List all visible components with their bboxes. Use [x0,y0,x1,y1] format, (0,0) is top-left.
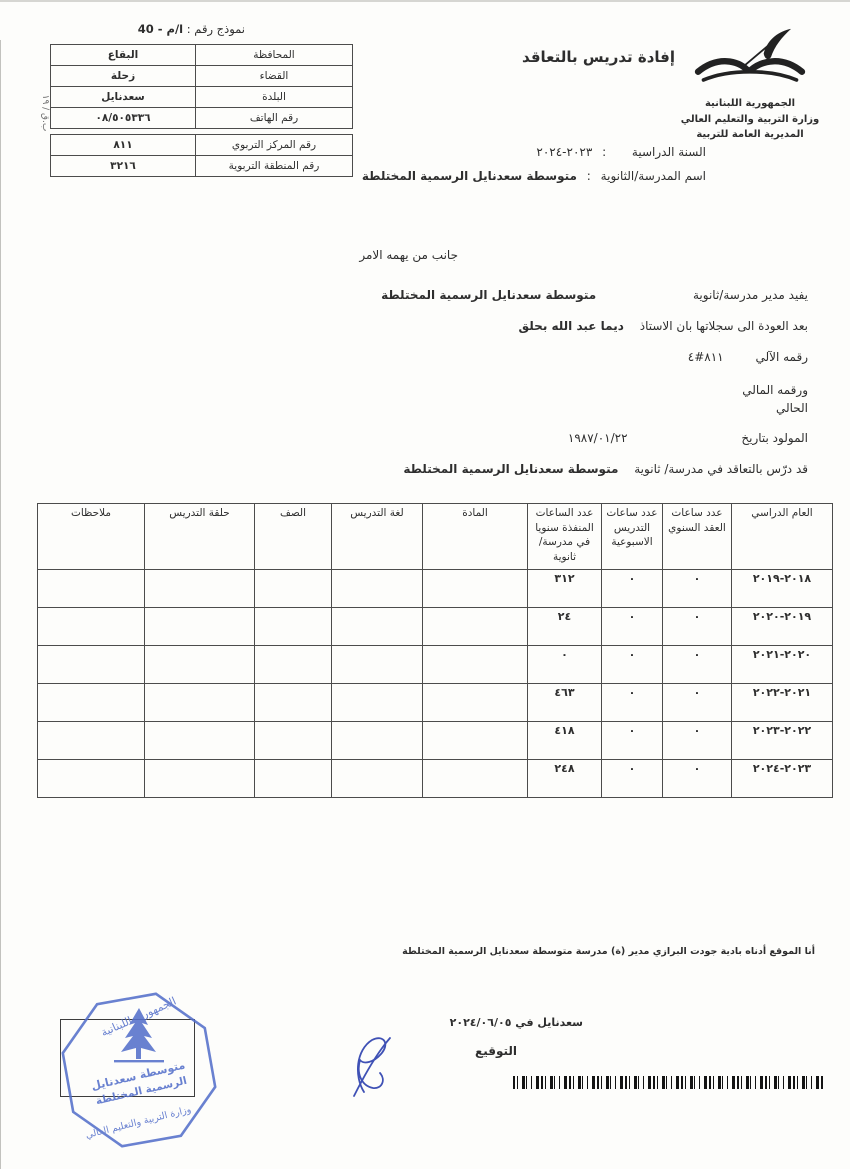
taught-line: قد درّس بالتعاقد في مدرسة/ ثانوية متوسطة… [88,462,808,476]
info-label: القضاء [196,66,353,87]
info-label: رقم المنطقة التربوية [196,156,353,177]
republic-name: الجمهورية اللبنانية [680,96,820,112]
cell-cycle [145,608,255,646]
cell-annual: ٠ [663,684,732,722]
cell-year: ٢٠١٨-٢٠١٩ [732,570,833,608]
form-number: نموذج رقم : ا/م - 40 [138,22,245,36]
automated-number-label: رقمه الآلي [755,350,808,364]
cell-year: ٢٠٢٢-٢٠٢٣ [732,722,833,760]
cell-language [332,722,423,760]
info-label: البلدة [196,87,353,108]
birthdate-value: ١٩٨٧/٠١/٢٢ [568,431,628,445]
cell-weekly: ٠ [602,760,663,798]
location-info-tables: المحافظة البقاع القضاء زحلة البلدة سعدنا… [63,44,353,177]
school-stamp: الجمهورية اللبنانية متوسطة سعدنايل الرسم… [44,982,234,1162]
cell-grade [255,646,332,684]
table-row: المحافظة البقاع [51,45,353,66]
cell-executed: ٣١٢ [528,570,602,608]
statement-label: يفيد مدير مدرسة/ثانوية [612,288,808,302]
cell-annual: ٠ [663,570,732,608]
cell-language [332,684,423,722]
scanned-document-page: ب.ق / ١٩ نموذج رقم : ا/م - 40 المحافظة ا… [0,0,850,1169]
cell-weekly: ٠ [602,722,663,760]
col-header-language: لغة التدريس [332,504,423,570]
cell-cycle [145,722,255,760]
info-value: سعدنايل [51,87,196,108]
col-header-executed-hours: عدد الساعات المنفذة سنويا في مدرسة/ثانوي… [528,504,602,570]
table-row: رقم الهاتف ٠٨/٥٠٥٣٣٦ [51,108,353,129]
automated-number-line: رقمه الآلي ٨١١#٤ [88,350,808,364]
table-row: ٢٠٢٢-٢٠٢٣ ٠ ٠ ٤١٨ [38,722,833,760]
ministry-header: الجمهورية اللبنانية وزارة التربية والتعل… [680,28,820,143]
side-reference-note: ب.ق / ١٩ [40,78,50,148]
scan-edge-top [0,0,850,2]
cell-executed: ٢٤ [528,608,602,646]
cell-notes [38,646,145,684]
info-value: البقاع [51,45,196,66]
bird-icon [764,29,791,59]
col-header-notes: ملاحظات [38,504,145,570]
cell-notes [38,570,145,608]
cell-cycle [145,570,255,608]
cell-grade [255,722,332,760]
cell-notes [38,760,145,798]
cell-subject [423,646,528,684]
cell-subject [423,722,528,760]
form-number-label: نموذج رقم : [187,22,245,36]
school-name-label: اسم المدرسة/الثانوية [601,164,706,188]
academic-year-line: السنة الدراسية : ٢٠٢٣-٢٠٢٤ [362,140,706,164]
ministry-logo-icon [690,28,810,90]
table-row: ٢٠٢٠-٢٠٢١ ٠ ٠ ٠ [38,646,833,684]
taught-school-value: متوسطة سعدنايل الرسمية المختلطة [403,462,618,476]
cell-cycle [145,760,255,798]
financial-number-label-2: الحالي [88,399,808,417]
taught-label: قد درّس بالتعاقد في مدرسة/ ثانوية [634,462,808,476]
table-row: رقم المركز التربوي ٨١١ [51,135,353,156]
info-value: ٠٨/٥٠٥٣٣٦ [51,108,196,129]
certificate-body: يفيد مدير مدرسة/ثانوية متوسطة سعدنايل ال… [88,288,808,493]
table-row: ٢٠١٩-٢٠٢٠ ٠ ٠ ٢٤ [38,608,833,646]
cell-weekly: ٠ [602,608,663,646]
table-header-row: العام الدراسي عدد ساعات العقد السنوي عدد… [38,504,833,570]
cell-annual: ٠ [663,760,732,798]
cell-annual: ٠ [663,722,732,760]
cell-language [332,760,423,798]
cedar-base-line [114,1060,164,1062]
table-row: ٢٠٢١-٢٠٢٢ ٠ ٠ ٤٦٣ [38,684,833,722]
academic-year-label: السنة الدراسية [616,140,706,164]
cell-cycle [145,646,255,684]
col-header-weekly-teaching-hours: عدد ساعات التدريس الاسبوعية [602,504,663,570]
academic-year-value: ٢٠٢٣-٢٠٢٤ [536,145,592,159]
info-value: ٨١١ [51,135,196,156]
school-name-value: متوسطة سعدنايل الرسمية المختلطة [362,169,577,183]
education-numbers-table: رقم المركز التربوي ٨١١ رقم المنطقة الترب… [50,134,353,177]
cell-executed: ٤١٨ [528,722,602,760]
cell-subject [423,760,528,798]
colon: : [587,169,591,183]
attention-line: جانب من يهمه الامر [359,248,458,262]
ministry-name: وزارة التربية والتعليم العالي [680,112,820,128]
cell-grade [255,570,332,608]
cell-notes [38,608,145,646]
cell-annual: ٠ [663,646,732,684]
table-row: رقم المنطقة التربوية ٣٢١٦ [51,156,353,177]
table-row: البلدة سعدنايل [51,87,353,108]
cell-subject [423,608,528,646]
birthdate-line: المولود بتاريخ ١٩٨٧/٠١/٢٢ [88,431,808,445]
barcode [513,1076,825,1089]
cell-weekly: ٠ [602,646,663,684]
info-label: رقم الهاتف [196,108,353,129]
teacher-name: ديما عبد الله بحلق [518,319,623,333]
cell-grade [255,760,332,798]
cell-subject [423,684,528,722]
col-header-year: العام الدراسي [732,504,833,570]
cell-weekly: ٠ [602,684,663,722]
cell-executed: ٤٦٣ [528,684,602,722]
statement-school-value: متوسطة سعدنايل الرسمية المختلطة [381,288,596,302]
principal-statement-line: يفيد مدير مدرسة/ثانوية متوسطة سعدنايل ال… [88,288,808,302]
colon: : [602,145,606,159]
financial-number-label: ورقمه المالي [88,381,808,399]
records-label: بعد العودة الى سجلاتها بان الاستاذ [640,319,808,333]
table-row: ٢٠٢٣-٢٠٢٤ ٠ ٠ ٢٤٨ [38,760,833,798]
info-value: زحلة [51,66,196,87]
records-line: بعد العودة الى سجلاتها بان الاستاذ ديما … [88,319,808,333]
info-label: رقم المركز التربوي [196,135,353,156]
cell-year: ٢٠٢٠-٢٠٢١ [732,646,833,684]
automated-number-value: ٨١١#٤ [688,350,724,364]
document-title: إفادة تدريس بالتعاقد [522,48,675,66]
col-header-annual-contract-hours: عدد ساعات العقد السنوي [663,504,732,570]
school-meta: السنة الدراسية : ٢٠٢٣-٢٠٢٤ اسم المدرسة/ا… [362,140,706,188]
scan-edge-left [0,40,1,1169]
col-header-grade: الصف [255,504,332,570]
table-row: ٢٠١٨-٢٠١٩ ٠ ٠ ٣١٢ [38,570,833,608]
col-header-cycle: حلقة التدريس [145,504,255,570]
birthdate-label: المولود بتاريخ [741,431,808,445]
cell-language [332,570,423,608]
cell-year: ٢٠٢١-٢٠٢٢ [732,684,833,722]
cell-grade [255,684,332,722]
cell-weekly: ٠ [602,570,663,608]
principal-signature [346,1030,402,1100]
table-row: القضاء زحلة [51,66,353,87]
info-value: ٣٢١٦ [51,156,196,177]
cell-year: ٢٠١٩-٢٠٢٠ [732,608,833,646]
col-header-subject: المادة [423,504,528,570]
cell-executed: ٠ [528,646,602,684]
place-and-date: سعدنايل في ٢٠٢٤/٠٦/٠٥ [450,1016,583,1029]
info-label: المحافظة [196,45,353,66]
school-name-line: اسم المدرسة/الثانوية : متوسطة سعدنايل ال… [362,164,706,188]
cell-language [332,646,423,684]
cell-language [332,608,423,646]
financial-number-line: ورقمه المالي الحالي [88,381,808,417]
principal-declaration: أنا الموقع أدناه بادية جودت البرازي مدير… [402,946,815,957]
location-info-table: المحافظة البقاع القضاء زحلة البلدة سعدنا… [50,44,353,129]
teaching-record-table: العام الدراسي عدد ساعات العقد السنوي عدد… [37,503,833,798]
cell-annual: ٠ [663,608,732,646]
cell-executed: ٢٤٨ [528,760,602,798]
signature-label: التوقيع [475,1044,517,1058]
cell-subject [423,570,528,608]
cell-year: ٢٠٢٣-٢٠٢٤ [732,760,833,798]
cell-notes [38,684,145,722]
cell-grade [255,608,332,646]
form-number-value: ا/م - 40 [138,22,183,36]
cell-notes [38,722,145,760]
cell-cycle [145,684,255,722]
